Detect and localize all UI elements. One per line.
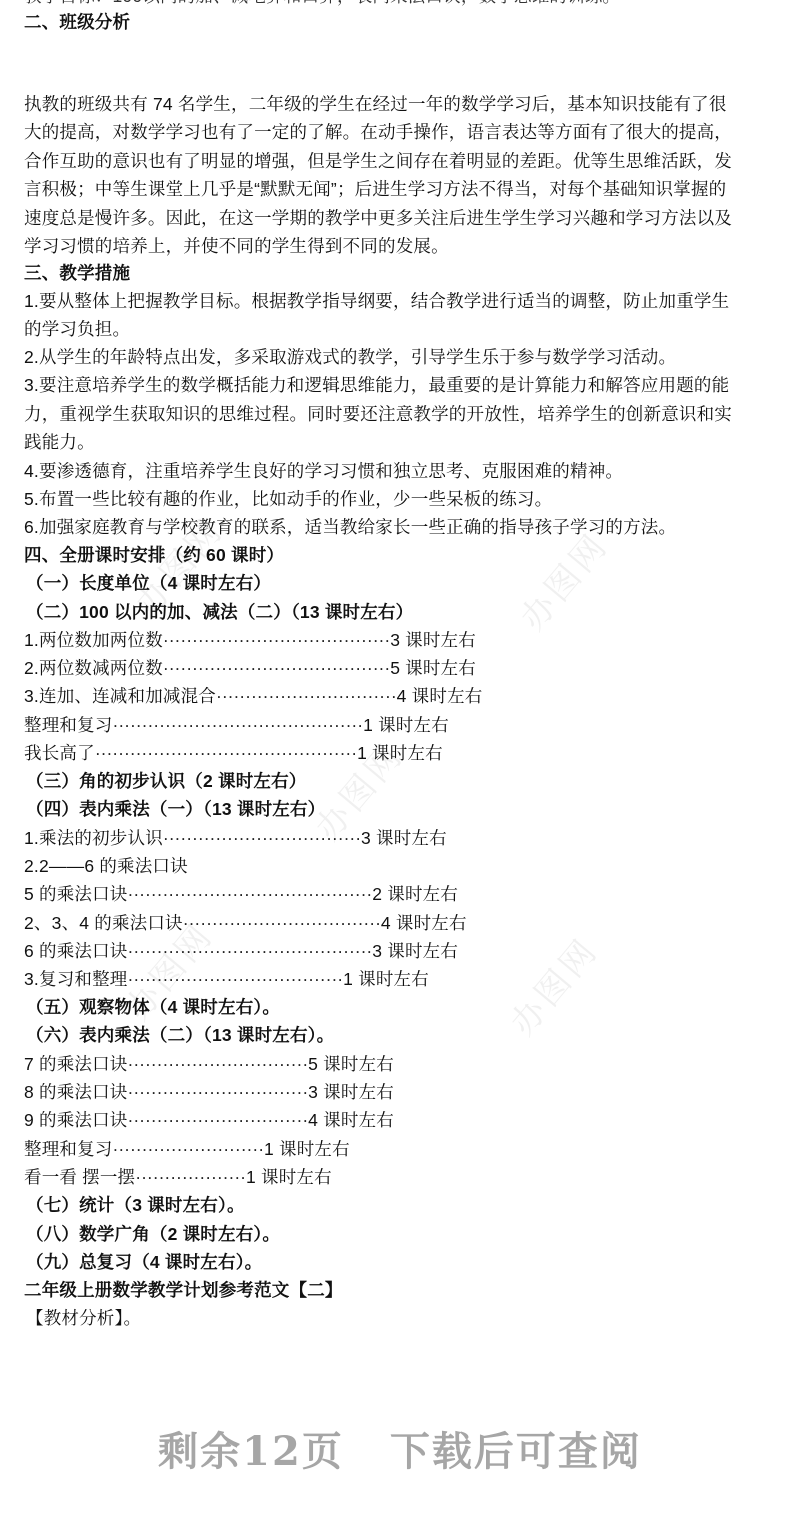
schedule-row: 看一看 摆一摆···················1 课时左右 xyxy=(24,1163,332,1191)
measure-line: 6.加强家庭教育与学校教育的联系，适当教给家长一些正确的指导孩子学习的方法。 xyxy=(24,513,676,541)
lesson-hours: 3 课时左右 xyxy=(308,1082,394,1102)
measure-line: 的学习负担。 xyxy=(24,315,130,343)
lesson-hours: 4 课时左右 xyxy=(381,913,467,933)
lesson-hours: 4 课时左右 xyxy=(397,686,483,706)
leader-dots: ········································… xyxy=(128,884,373,904)
lesson-name: 我长高了 xyxy=(24,743,95,763)
unit-title: （六）表内乘法（二）（13 课时左右）。 xyxy=(26,1021,334,1049)
paragraph-line: 学习习惯的培养上，并使不同的学生得到不同的发展。 xyxy=(24,232,780,260)
leader-dots: ······································· xyxy=(163,630,390,650)
leader-dots: ····································· xyxy=(128,969,344,989)
lesson-hours: 3 课时左右 xyxy=(361,828,447,848)
lesson-hours: 1 课时左右 xyxy=(264,1139,350,1159)
lesson-name: 1.两位数加两位数 xyxy=(24,630,163,650)
leader-dots: ········································… xyxy=(113,715,364,735)
leader-dots: ·························· xyxy=(113,1139,265,1159)
measure-line: 4.要渗透德育，注重培养学生良好的学习习惯和独立思考、克服困难的精神。 xyxy=(24,457,623,485)
schedule-row: 整理和复习··························1 课时左右 xyxy=(24,1135,350,1163)
schedule-row: 3.连加、连减和加减混合····························… xyxy=(24,682,482,710)
lesson-name: 整理和复习 xyxy=(24,715,113,735)
watermark: 办图网 xyxy=(497,925,608,1044)
lesson-name: 9 的乘法口诀 xyxy=(24,1110,128,1130)
next-document-subtitle: 【教材分析】。 xyxy=(26,1304,141,1332)
lesson-name: 3.复习和整理 xyxy=(24,969,128,989)
leader-dots: ······························· xyxy=(216,686,397,706)
lesson-name: 2.2——6 的乘法口诀 xyxy=(24,856,188,876)
leader-dots: ·································· xyxy=(183,913,381,933)
lesson-hours: 1 课时左右 xyxy=(246,1167,332,1187)
section-heading: 二、班级分析 xyxy=(24,8,130,36)
lesson-name: 7 的乘法口诀 xyxy=(24,1054,128,1074)
schedule-row: 5 的乘法口诀·································… xyxy=(24,880,458,908)
lesson-hours: 4 课时左右 xyxy=(308,1110,394,1130)
lesson-name: 整理和复习 xyxy=(24,1139,113,1159)
measure-line: 5.布置一些比较有趣的作业，比如动手的作业，少一些呆板的练习。 xyxy=(24,485,552,513)
unit-title: （八）数学广角（2 课时左右）。 xyxy=(26,1220,280,1248)
schedule-row: 2、3、4 的乘法口诀·····························… xyxy=(24,909,467,937)
download-hint-label[interactable]: 下载后可查阅 xyxy=(390,1428,642,1475)
leader-dots: ······························· xyxy=(128,1110,309,1130)
paragraph-line: 合作互助的意识也有了明显的增强，但是学生之间存在着明显的差距。优等生思维活跃，发 xyxy=(24,147,780,175)
measure-line: 3.要注意培养学生的数学概括能力和逻辑思维能力，最重要的是计算能力和解答应用题的… xyxy=(24,371,729,399)
lesson-name: 2、3、4 的乘法口诀 xyxy=(24,913,183,933)
measure-line: 2.从学生的年龄特点出发，多采取游戏式的教学，引导学生乐于参与数学学习活动。 xyxy=(24,343,676,371)
leader-dots: ········································… xyxy=(128,941,373,961)
section-heading: 四、全册课时安排（约 60 课时） xyxy=(24,541,284,569)
lesson-name: 8 的乘法口诀 xyxy=(24,1082,128,1102)
lesson-hours: 2 课时左右 xyxy=(372,884,458,904)
leader-dots: ······································· xyxy=(163,658,390,678)
lesson-name: 3.连加、连减和加减混合 xyxy=(24,686,216,706)
unit-title: （二）100 以内的加、减法（二）（13 课时左右） xyxy=(26,598,413,626)
lesson-name: 2.两位数减两位数 xyxy=(24,658,163,678)
schedule-row: 1.乘法的初步认识·······························… xyxy=(24,824,447,852)
paragraph-line: 执教的班级共有 74 名学生，二年级的学生在经过一年的数学学习后，基本知识技能有… xyxy=(24,90,780,118)
leader-dots: ······························· xyxy=(128,1054,309,1074)
lesson-hours: 1 课时左右 xyxy=(363,715,449,735)
schedule-row: 7 的乘法口诀·······························5 … xyxy=(24,1050,394,1078)
schedule-row: 3.复习和整理·································… xyxy=(24,965,429,993)
unit-title: （一）长度单位（4 课时左右） xyxy=(26,569,271,597)
schedule-row: 2.两位数减两位数·······························… xyxy=(24,654,476,682)
paragraph-line: 大的提高，对数学学习也有了一定的了解。在动手操作，语言表达等方面有了很大的提高， xyxy=(24,118,780,146)
lesson-hours: 1 课时左右 xyxy=(343,969,429,989)
section-heading: 三、教学措施 xyxy=(24,259,130,287)
leader-dots: ········································… xyxy=(95,743,357,763)
lesson-hours: 5 课时左右 xyxy=(308,1054,394,1074)
schedule-row: 我长高了····································… xyxy=(24,739,443,767)
lesson-hours: 3 课时左右 xyxy=(372,941,458,961)
unit-title: （三）角的初步认识（2 课时左右） xyxy=(26,767,307,795)
lesson-name: 5 的乘法口诀 xyxy=(24,884,128,904)
lesson-hours: 5 课时左右 xyxy=(390,658,476,678)
unit-title: （五）观察物体（4 课时左右）。 xyxy=(26,993,280,1021)
lesson-name: 1.乘法的初步认识 xyxy=(24,828,163,848)
leader-dots: ··················· xyxy=(135,1167,246,1187)
lesson-hours: 3 课时左右 xyxy=(390,630,476,650)
schedule-row: 9 的乘法口诀·······························4 … xyxy=(24,1106,394,1134)
schedule-row: 1.两位数加两位数·······························… xyxy=(24,626,476,654)
lesson-hours: 1 课时左右 xyxy=(357,743,443,763)
schedule-row: 整理和复习···································… xyxy=(24,711,449,739)
lesson-name: 看一看 摆一摆 xyxy=(24,1167,135,1187)
next-document-title: 二年级上册数学教学计划参考范文【二】 xyxy=(24,1276,343,1304)
unit-title: （七）统计（3 课时左右）。 xyxy=(26,1191,245,1219)
unit-title: （四）表内乘法（一）（13 课时左右） xyxy=(26,795,325,823)
measure-line: 力，重视学生获取知识的思维过程。同时要还注意教学的开放性，培养学生的创新意识和实 xyxy=(24,400,732,428)
remaining-pages-label[interactable]: 剩余12页 xyxy=(158,1428,344,1475)
measure-line: 践能力。 xyxy=(24,428,95,456)
leader-dots: ·································· xyxy=(163,828,361,848)
paragraph-line: 速度总是慢许多。因此，在这一学期的教学中更多关注后进生学生学习兴趣和学习方法以及 xyxy=(24,204,780,232)
download-to-read-banner[interactable]: 剩余12页下载后可查阅 xyxy=(0,1420,800,1477)
schedule-row: 6 的乘法口诀·································… xyxy=(24,937,458,965)
schedule-row: 8 的乘法口诀·······························3 … xyxy=(24,1078,394,1106)
unit-title: （九）总复习（4 课时左右）。 xyxy=(26,1248,262,1276)
paragraph-line: 言积极；中等生课堂上几乎是“默默无闻”；后进生学习方法不得当，对每个基础知识掌握… xyxy=(24,175,780,203)
leader-dots: ······························· xyxy=(128,1082,309,1102)
lesson-name: 6 的乘法口诀 xyxy=(24,941,128,961)
measure-line: 1.要从整体上把握教学目标。根据教学指导纲要，结合教学进行适当的调整，防止加重学… xyxy=(24,287,729,315)
schedule-row: 2.2——6 的乘法口诀 xyxy=(24,852,188,880)
class-analysis-paragraph: 执教的班级共有 74 名学生，二年级的学生在经过一年的数学学习后，基本知识技能有… xyxy=(24,90,780,260)
